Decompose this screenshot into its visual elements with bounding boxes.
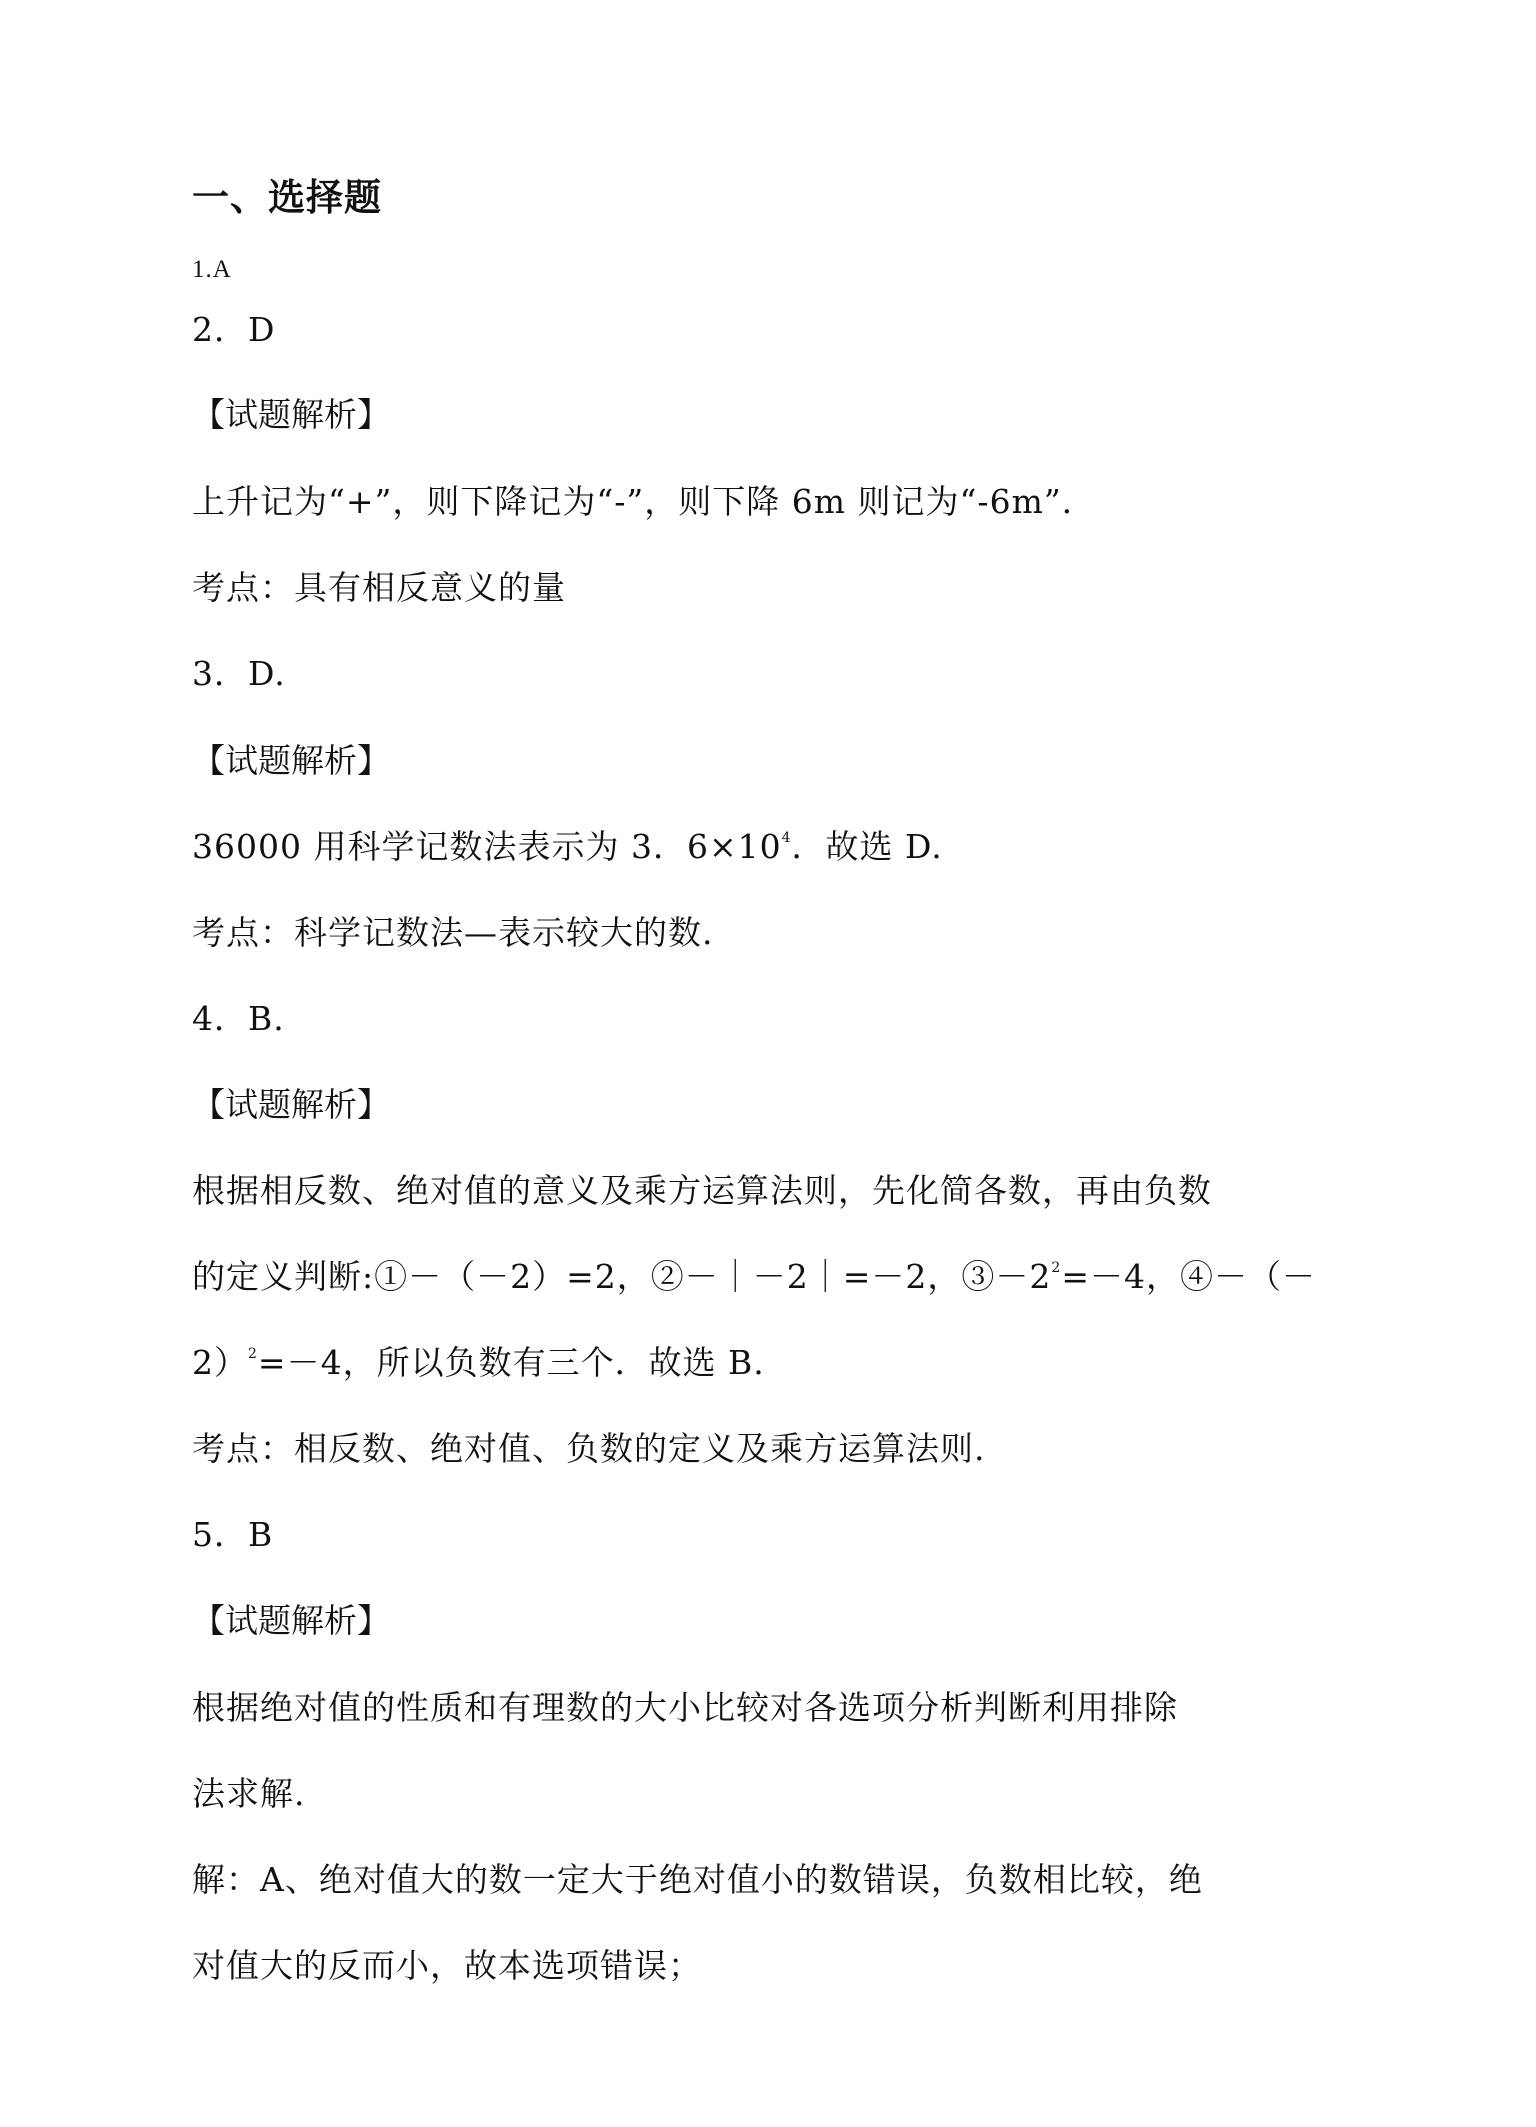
analysis-text-5-line2: 法求解. — [192, 1774, 306, 1814]
analysis-text-4-line2-b: =－4，④－（－ — [1061, 1257, 1316, 1296]
analysis-text-4-line1: 根据相反数、绝对值的意义及乘方运算法则，先化简各数，再由负数 — [192, 1171, 1212, 1211]
exponent: 4 — [782, 830, 792, 846]
answer-2: 2．D — [192, 310, 275, 350]
analysis-label-2: 【试题解析】 — [192, 395, 390, 435]
analysis-text-3-before: 36000 用科学记数法表示为 3．6×10 — [192, 827, 782, 866]
analysis-text-3-after: ．故选 D. — [792, 827, 943, 866]
analysis-text-4-line3-a: 2） — [192, 1343, 248, 1382]
answer-5: 5．B — [192, 1515, 273, 1555]
answer-1: 1.A — [192, 250, 232, 290]
answer-3: 3．D. — [192, 654, 286, 694]
key-point-2: 考点：具有相反意义的量 — [192, 568, 566, 608]
analysis-label-4: 【试题解析】 — [192, 1085, 390, 1125]
document-page: 一、选择题 1.A 2．D 【试题解析】 上升记为“+”，则下降记为“-”，则下… — [0, 0, 1536, 2127]
key-point-3: 考点：科学记数法—表示较大的数. — [192, 913, 714, 953]
analysis-text-2: 上升记为“+”，则下降记为“-”，则下降 6m 则记为“-6m”． — [192, 482, 1096, 522]
analysis-text-4-line2: 的定义判断:①－（－2）=2，②－｜－2｜=－2，③－22=－4，④－（－ — [192, 1257, 1316, 1297]
analysis-label-5: 【试题解析】 — [192, 1601, 390, 1641]
exponent: 2 — [248, 1346, 258, 1362]
analysis-text-4-line3: 2）2=－4，所以负数有三个．故选 B. — [192, 1343, 765, 1383]
analysis-text-5-line1: 根据绝对值的性质和有理数的大小比较对各选项分析判断利用排除 — [192, 1688, 1178, 1728]
analysis-text-3: 36000 用科学记数法表示为 3．6×104．故选 D. — [192, 827, 943, 867]
analysis-text-5-line4: 对值大的反而小，故本选项错误； — [192, 1946, 702, 1986]
analysis-label-3: 【试题解析】 — [192, 741, 390, 781]
answer-4: 4．B. — [192, 999, 285, 1039]
section-heading: 一、选择题 — [192, 178, 382, 218]
analysis-text-4-line2-a: 的定义判断:①－（－2）=2，②－｜－2｜=－2，③－2 — [192, 1257, 1051, 1296]
key-point-4: 考点：相反数、绝对值、负数的定义及乘方运算法则. — [192, 1429, 986, 1469]
analysis-text-4-line3-b: =－4，所以负数有三个．故选 B. — [258, 1343, 765, 1382]
analysis-text-5-line3: 解：A、绝对值大的数一定大于绝对值小的数错误，负数相比较，绝 — [192, 1860, 1203, 1900]
exponent: 2 — [1051, 1260, 1061, 1276]
